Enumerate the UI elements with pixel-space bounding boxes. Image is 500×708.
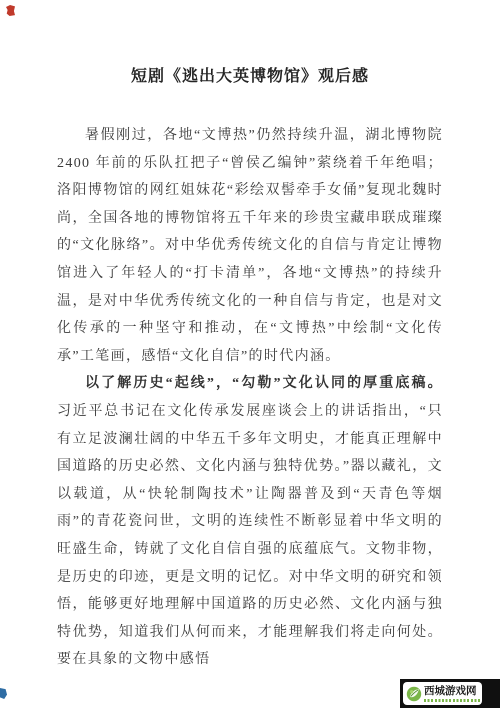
leaf-icon: [406, 686, 422, 702]
paragraph-2-lead: 以了解历史“起线”，“勾勒”文化认同的厚重底稿。: [85, 376, 443, 391]
watermark-texts: 西城游戏网: [424, 685, 480, 702]
document-title: 短剧《逃出大英博物馆》观后感: [0, 0, 500, 86]
document-body: 暑假刚过，各地“文博热”仍然持续升温，湖北博物院2400 年前的乐队扛把子“曾侯…: [0, 86, 500, 674]
watermark-card: 西城游戏网: [403, 682, 482, 705]
site-watermark: 西城游戏网: [400, 679, 500, 708]
paragraph-2: 以了解历史“起线”，“勾勒”文化认同的厚重底稿。 习近平总书记在文化传承发展座谈…: [57, 370, 443, 674]
paragraph-1-text: 暑假刚过，各地“文博热”仍然持续升温，湖北博物院2400 年前的乐队扛把子“曾侯…: [57, 128, 443, 364]
blue-artifact-mark: [0, 688, 7, 699]
watermark-site-name: 西城游戏网: [424, 685, 480, 697]
paragraph-1: 暑假刚过，各地“文博热”仍然持续升温，湖北博物院2400 年前的乐队扛把子“曾侯…: [57, 122, 443, 370]
watermark-subline: [424, 699, 480, 702]
paragraph-2-text: 习近平总书记在文化传承发展座谈会上的讲话指出，“只有立足波澜壮阔的中华五千多年文…: [57, 404, 443, 667]
document-page: 短剧《逃出大英博物馆》观后感 暑假刚过，各地“文博热”仍然持续升温，湖北博物院2…: [0, 0, 500, 708]
